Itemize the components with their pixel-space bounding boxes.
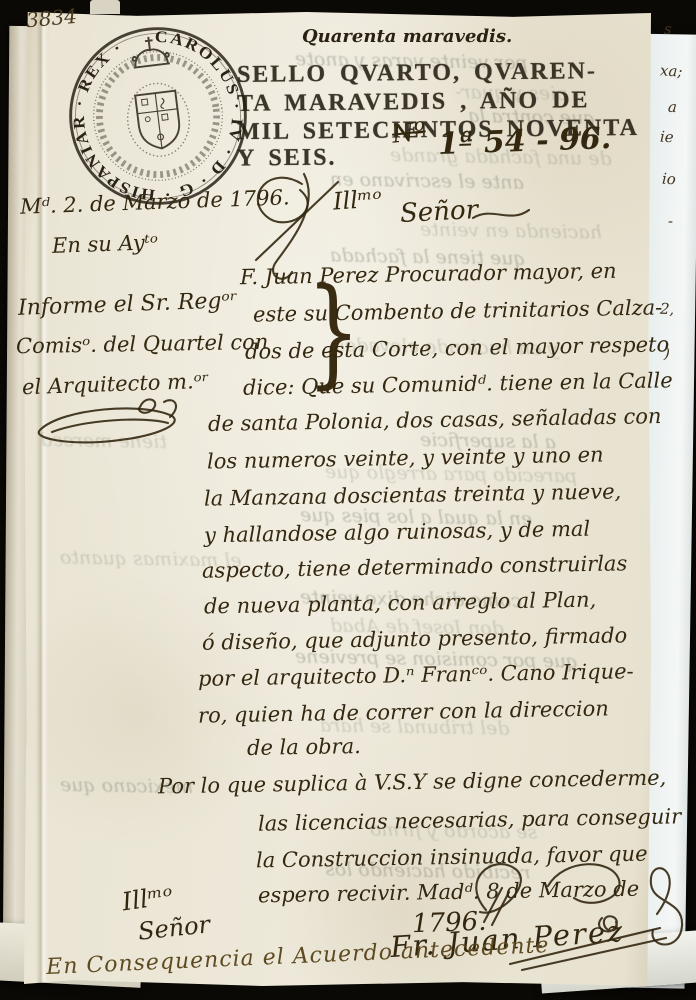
tax-note: Quarenta maravedis. [302, 26, 512, 47]
archive-number: 3834 [25, 4, 78, 32]
shield-icon [124, 80, 194, 160]
under-page-top-tab [90, 0, 120, 14]
salutation-underline-flourish [470, 204, 532, 226]
back-page-fragment: s [664, 20, 673, 38]
document-number: 1ª 54 - 96. [437, 121, 611, 162]
stamp-line-1: SELLO QVARTO, QVAREN- [237, 58, 597, 89]
back-page-fragment: 2, [660, 300, 675, 319]
salutation-illmo: Illᵐᵒ [332, 184, 383, 215]
stamp-line-2: TA MARAVEDIS , AÑO DE [237, 87, 590, 118]
back-page-fragment: xa; [660, 61, 683, 80]
salutation-senor: Señor [399, 195, 478, 229]
margin-rubric-flourish [22, 392, 192, 452]
body-line: de la obra. [247, 734, 361, 760]
crossed-number-mark: Nº [391, 116, 427, 148]
back-page-fragment: - [668, 212, 674, 230]
back-page-fragment: ie [660, 128, 675, 147]
back-page-fragment: ) [664, 344, 671, 362]
margin-line-2: En su Ayᵗᵒ [52, 230, 159, 258]
back-page-fragment: io [662, 170, 677, 189]
back-page-fragment: a [668, 98, 678, 116]
margin-line-4: Comisᵒ. del Quartel con [16, 330, 269, 358]
